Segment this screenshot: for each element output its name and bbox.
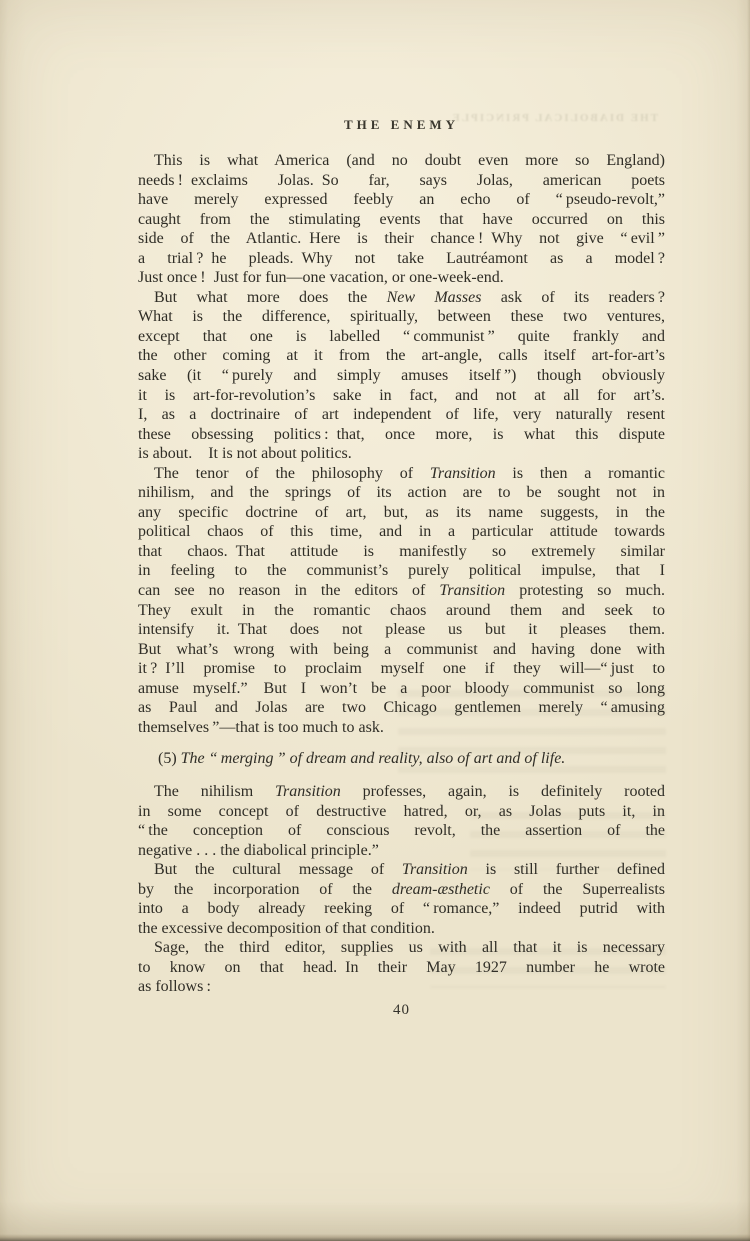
text-line: caught from the stimulating events that … (138, 210, 665, 230)
show-through-patch (398, 690, 666, 782)
text-line: They exult in the romantic chaos around … (138, 601, 665, 621)
text-line: needs ! exclaims Jolas. So far, says Jol… (138, 171, 665, 191)
text-line: nihilism, and the springs of its action … (138, 483, 665, 503)
page-number: 40 (138, 1002, 665, 1019)
page-edge-shadow-bottom (0, 1234, 750, 1241)
text-line: The nihilism Transition professes, again… (138, 782, 665, 802)
text-line: sake (it “ purely and simply amuses itse… (138, 366, 665, 386)
running-head: THE ENEMY (138, 117, 665, 133)
text-line: I, as a doctrinaire of art independent o… (138, 405, 665, 425)
text-line: the other coming at it from the art-angl… (138, 346, 665, 366)
text-line: Just once ! Just for fun—one vacation, o… (138, 268, 665, 288)
text-line: any specific doctrine of art, but, as it… (138, 503, 665, 523)
text-line: The tenor of the philosophy of Transitio… (138, 464, 665, 484)
text-line: into a body already reeking of “ romance… (138, 899, 665, 919)
text-line: except that one is labelled “ communist … (138, 327, 665, 347)
text-line: side of the Atlantic. Here is their chan… (138, 229, 665, 249)
paragraph: But the cultural message of Transition i… (138, 860, 665, 938)
text-line: it is art-for-revolution’s sake in fact,… (138, 386, 665, 406)
text-line: by the incorporation of the dream-æsthet… (138, 880, 665, 900)
text-line: these obsessing politics : that, once mo… (138, 425, 665, 445)
text-line: is about. It is not about politics. (138, 444, 665, 464)
text-line: This is what America (and no doubt even … (138, 151, 665, 171)
text-line: the excessive decomposition of that cond… (138, 919, 665, 939)
text-line: But what’s wrong with being a communist … (138, 640, 665, 660)
text-line: What is the difference, spiritually, bet… (138, 307, 665, 327)
paragraph: This is what America (and no doubt even … (138, 151, 665, 288)
text-line: can see no reason in the editors of Tran… (138, 581, 665, 601)
text-line: political chaos of this time, and in a p… (138, 522, 665, 542)
text-line: But what more does the New Masses ask of… (138, 288, 665, 308)
text-block: This is what America (and no doubt even … (138, 151, 665, 997)
paragraph: But what more does the New Masses ask of… (138, 288, 665, 464)
book-page-scan: THE DIABOLICAL PRINCIPLE THE ENEMY This … (0, 0, 750, 1241)
show-through-patch (430, 948, 666, 988)
show-through-patch (470, 812, 666, 870)
text-line: that chaos. That attitude is manifestly … (138, 542, 665, 562)
text-line: it ? I’ll promise to proclaim myself one… (138, 659, 665, 679)
text-line: intensify it. That does not please us bu… (138, 620, 665, 640)
text-line: in feeling to the communist’s purely pol… (138, 561, 665, 581)
text-line: a trial ? he pleads. Why not take Lautré… (138, 249, 665, 269)
text-line: have merely expressed feebly an echo of … (138, 190, 665, 210)
